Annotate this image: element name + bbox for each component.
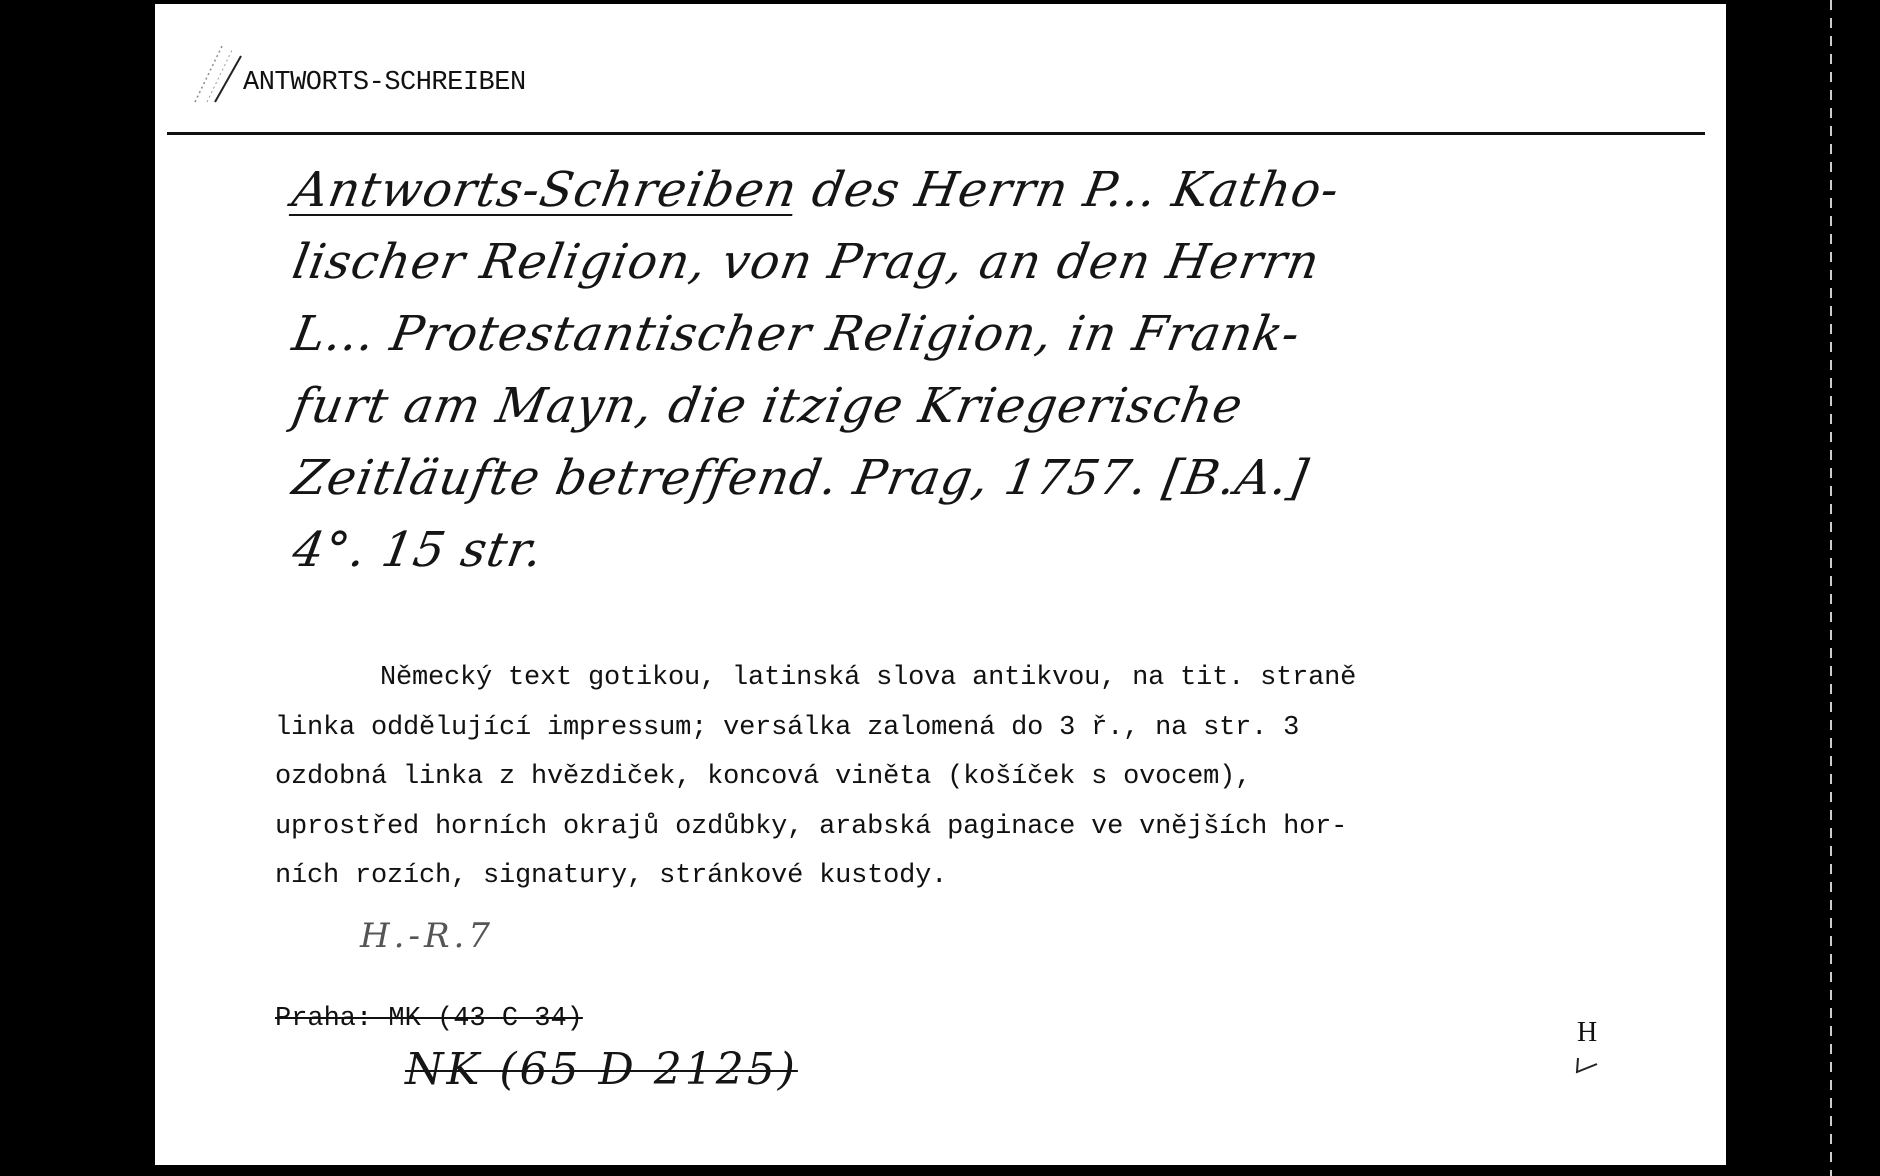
typed-description: Německý text gotikou, latinská slova ant…: [275, 654, 1635, 902]
card-header-title: ANTWORTS-SCHREIBEN: [243, 68, 526, 98]
handwritten-text: 4°. 15 str.: [288, 522, 547, 578]
typed-line: linka oddělující impressum; versálka zal…: [275, 704, 1635, 754]
typed-line: ních rozích, signatury, stránkové kustod…: [275, 852, 1635, 902]
handwritten-line: Zeitläufte betreffend. Prag, 1757. [B.A.…: [287, 442, 1700, 514]
handwritten-text: Zeitläufte betreffend. Prag, 1757. [B.A.…: [288, 450, 1312, 506]
corner-letter-mark: H: [1577, 1017, 1597, 1049]
handwritten-text: des Herrn P... Katho-: [792, 162, 1344, 218]
typed-line: ozdobná linka z hvězdiček, koncová vinět…: [275, 753, 1635, 803]
header-rule: [167, 132, 1705, 135]
old-shelfmark-struck: Praha: MK (43 C 34): [275, 1004, 583, 1034]
handwritten-line: Antworts-Schreiben des Herrn P... Katho-: [287, 154, 1700, 226]
handwritten-entry: Antworts-Schreiben des Herrn P... Katho-…: [287, 154, 1687, 586]
typed-line: Německý text gotikou, latinská slova ant…: [275, 654, 1635, 704]
typed-line: uprostřed horních okrajů ozdůbky, arabsk…: [275, 803, 1635, 853]
handwritten-line: L... Protestantischer Religion, in Frank…: [287, 298, 1700, 370]
pen-stroke-mark: [185, 34, 245, 104]
handwritten-line: lischer Religion, von Prag, an den Herrn: [287, 226, 1700, 298]
pencil-note: H.-R.7: [360, 916, 494, 956]
new-shelfmark: NK (65 D 2125): [405, 1044, 798, 1095]
handwritten-line: 4°. 15 str.: [287, 514, 1700, 586]
check-tick-icon: [1575, 1054, 1605, 1076]
scanner-edge-line: [1830, 0, 1832, 1176]
catalog-card: ANTWORTS-SCHREIBEN Antworts-Schreiben de…: [155, 4, 1726, 1165]
handwritten-line: furt am Mayn, die itzige Kriegerische: [287, 370, 1700, 442]
handwritten-text: furt am Mayn, die itzige Kriegerische: [288, 378, 1247, 434]
handwritten-text: lischer Religion, von Prag, an den Herrn: [288, 234, 1324, 290]
handwritten-title-word: Antworts-Schreiben: [288, 162, 801, 218]
handwritten-text: L... Protestantischer Religion, in Frank…: [288, 306, 1304, 362]
